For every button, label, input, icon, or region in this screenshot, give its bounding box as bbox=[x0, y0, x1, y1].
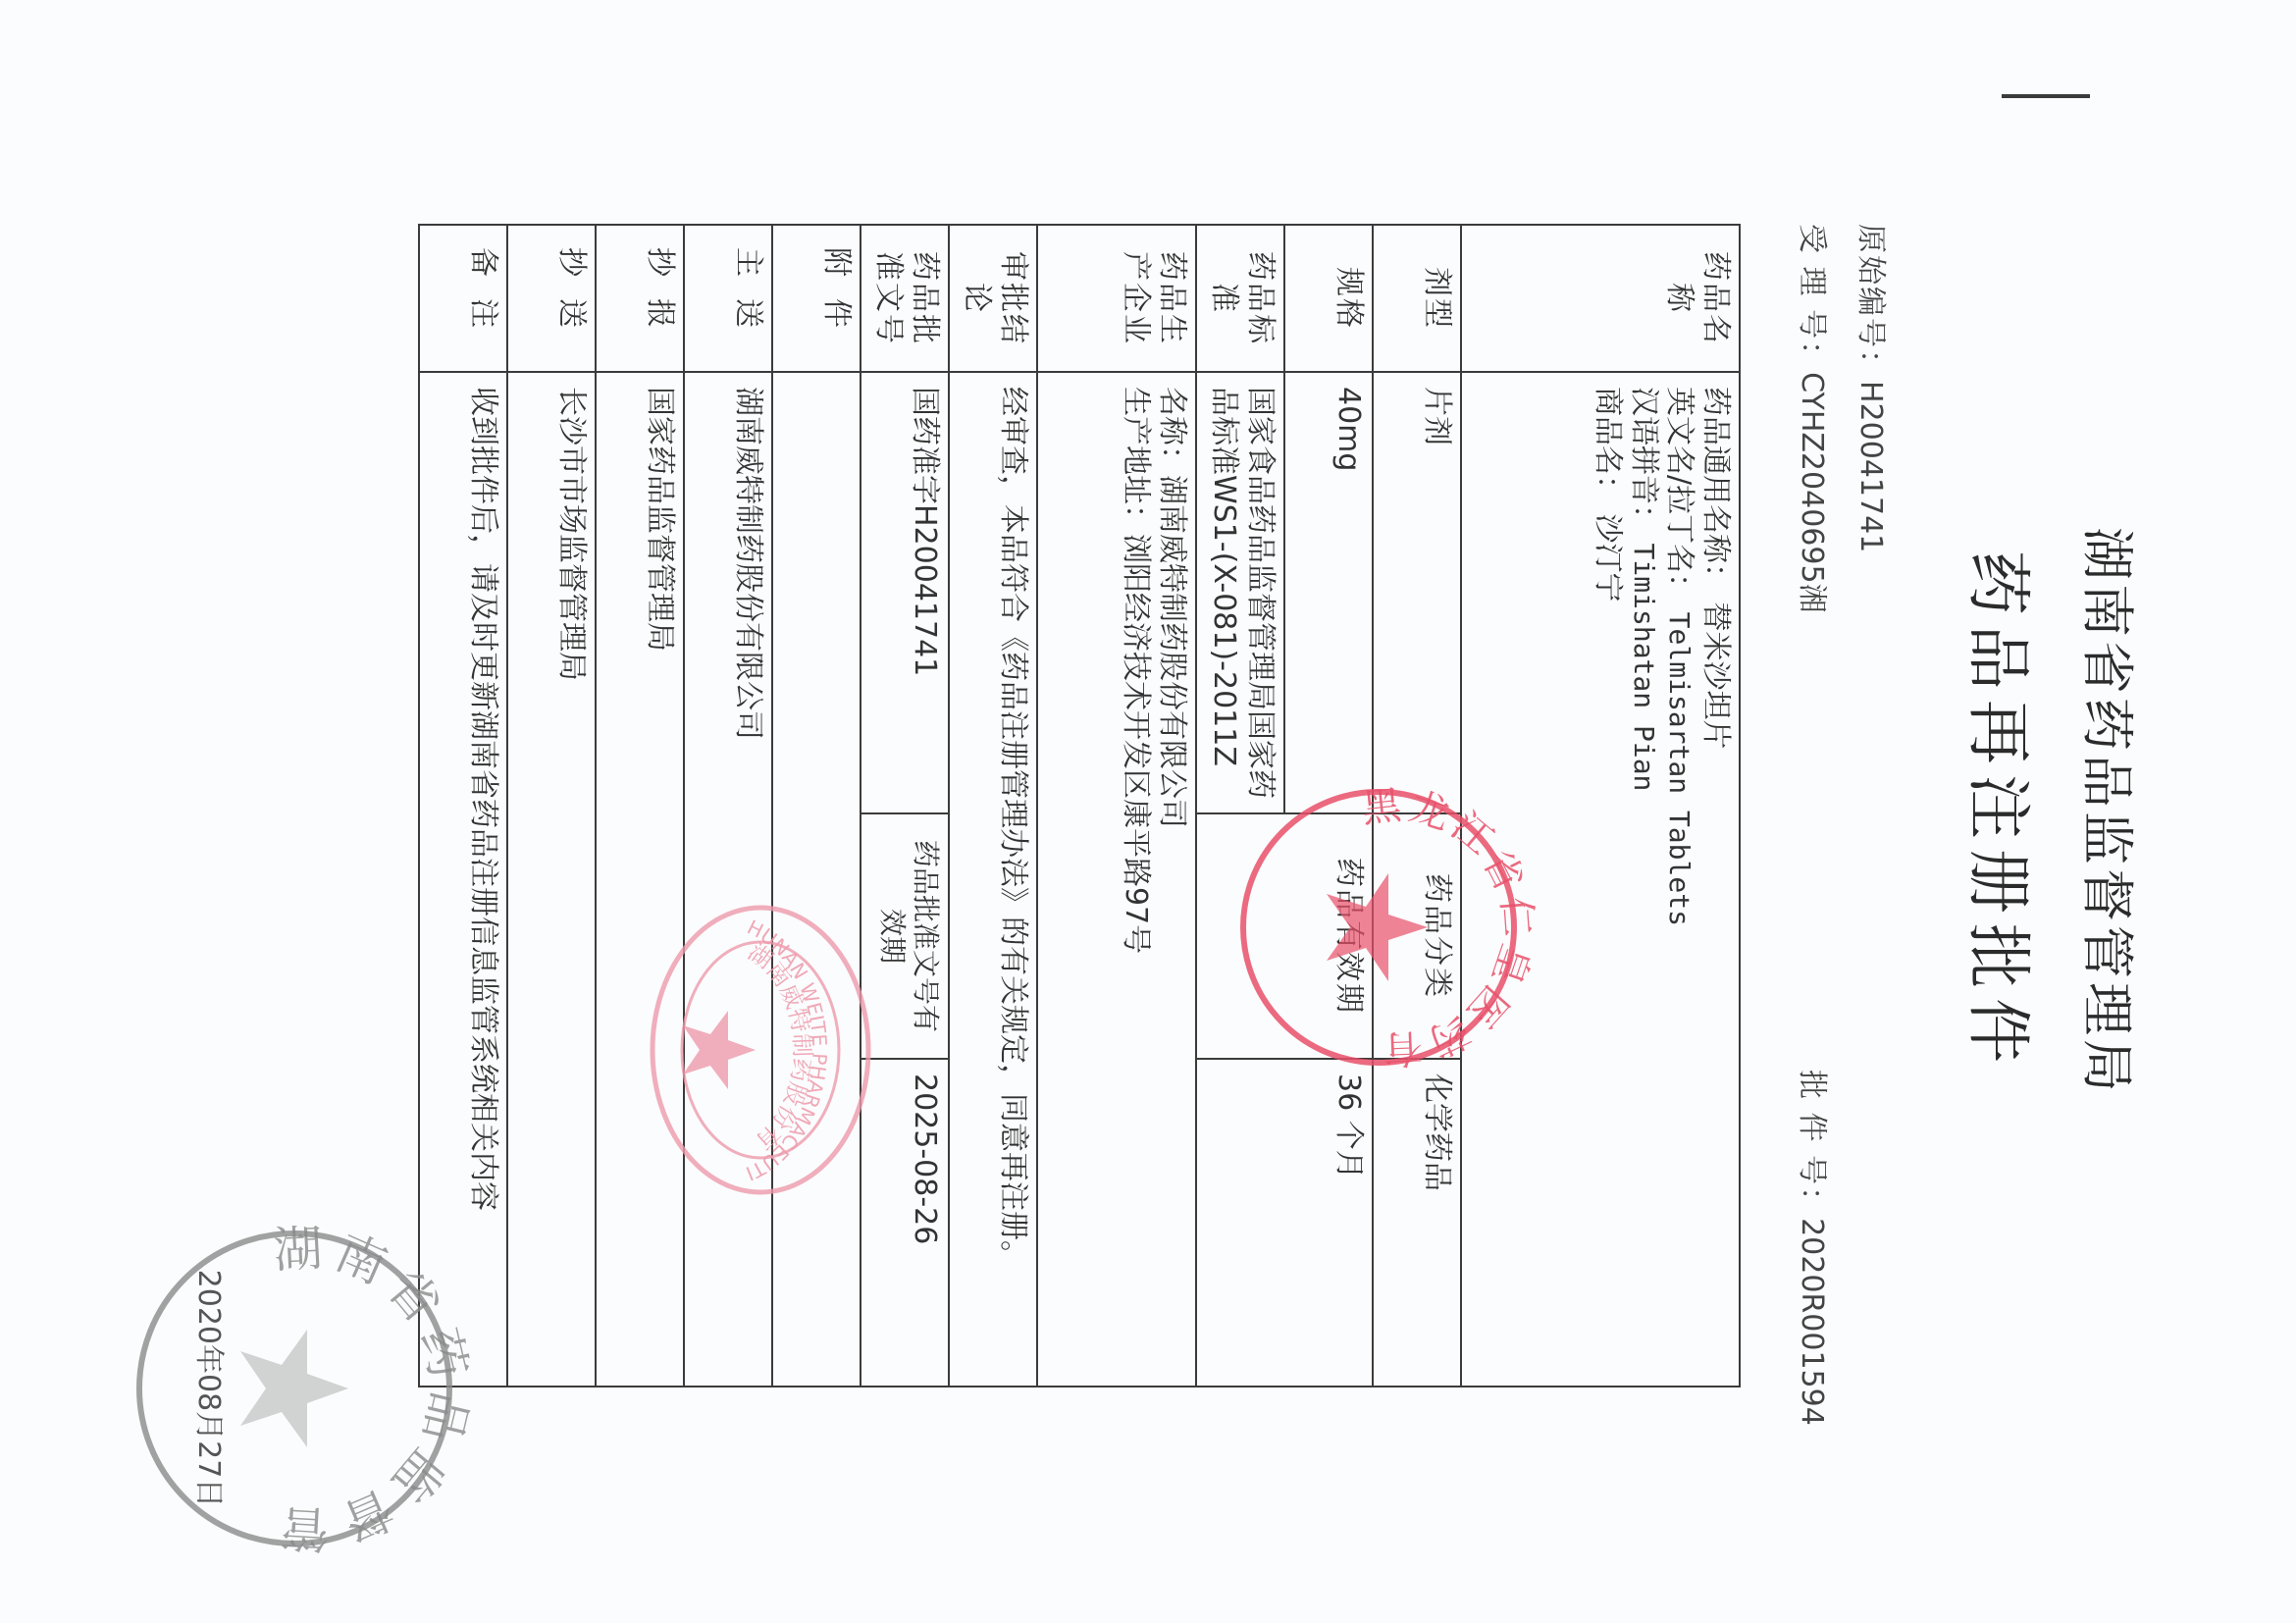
row-remarks: 备注 收到批件后，请及时更新湖南省药品注册信息监管系统相关内容 bbox=[419, 225, 507, 1387]
validity-label: 药品有效期 bbox=[1196, 813, 1373, 1059]
strength-value: 40mg bbox=[1284, 372, 1373, 813]
cc-send-value: 长沙市市场监督管理局 bbox=[507, 372, 596, 1387]
standard-value: 国家食品药品监督管理局国家药品标准WS1-(X-081)-2011Z bbox=[1196, 372, 1284, 813]
row-manufacturer: 药品生产企业 名称：湖南威特制药股份有限公司 生产地址：浏阳经济技术开发区康平路… bbox=[1037, 225, 1196, 1387]
trade-name-label: 商品名： bbox=[1591, 387, 1625, 504]
dosage-form-label: 剂型 bbox=[1373, 225, 1461, 372]
row-dosage-form: 剂型 片剂 药品分类 化学药品 bbox=[1373, 225, 1461, 1387]
pinyin-label: 汉语拼音： bbox=[1627, 387, 1661, 534]
trade-name-value: 沙汀宁 bbox=[1591, 514, 1625, 602]
original-number: 原始编号：H20041741 bbox=[1852, 224, 1896, 552]
cc-report-value: 国家药品监督管理局 bbox=[596, 372, 684, 1387]
attachment-value bbox=[772, 372, 861, 1387]
conclusion-value: 经审查，本品符合《药品注册管理办法》的有关规定，同意再注册。 bbox=[949, 372, 1037, 1387]
attachment-label: 附件 bbox=[772, 225, 861, 372]
document-title: 药品再注册批件 bbox=[1957, 0, 2051, 1623]
approval-no-label: 药品批准文号 bbox=[861, 225, 949, 372]
drug-name-label: 药品名称 bbox=[1461, 225, 1740, 372]
drug-name-cell: 药品通用名称： 替米沙坦片 英文名/拉丁名： Telmisartan Table… bbox=[1461, 372, 1740, 1387]
approval-expiry-value: 2025-08-26 bbox=[861, 1059, 949, 1387]
approval-number: 批 件 号：2020R001594 bbox=[1794, 1070, 1837, 1426]
acceptance-number-label: 受 理 号： bbox=[1795, 224, 1829, 372]
main-recipient-value: 湖南威特制药股份有限公司 bbox=[684, 372, 772, 1387]
remarks-label: 备注 bbox=[419, 225, 507, 372]
original-number-value: H20041741 bbox=[1853, 381, 1888, 552]
row-cc-send: 抄送 长沙市市场监督管理局 bbox=[507, 225, 596, 1387]
cc-send-label: 抄送 bbox=[507, 225, 596, 372]
row-attachment: 附件 bbox=[772, 225, 861, 1387]
standard-label: 药品标准 bbox=[1196, 225, 1284, 372]
main-recipient-label: 主送 bbox=[684, 225, 772, 372]
strength-label: 规格 bbox=[1284, 225, 1373, 372]
document-page: 湖南省药品监督管理局 药品再注册批件 原始编号：H20041741 受 理 号：… bbox=[0, 0, 2296, 1623]
validity-value: 36 个月 bbox=[1196, 1059, 1373, 1387]
row-conclusion: 审批结论 经审查，本品符合《药品注册管理办法》的有关规定，同意再注册。 bbox=[949, 225, 1037, 1387]
row-main-recipient: 主送 湖南威特制药股份有限公司 bbox=[684, 225, 772, 1387]
english-name-label: 英文名/拉丁名： bbox=[1662, 387, 1696, 602]
registration-form-table: 药品名称 药品通用名称： 替米沙坦片 英文名/拉丁名： Telmisartan … bbox=[418, 224, 1741, 1387]
agency-name: 湖南省药品监督管理局 bbox=[2073, 0, 2149, 1623]
row-cc-report: 抄报 国家药品监督管理局 bbox=[596, 225, 684, 1387]
star-icon bbox=[240, 1330, 348, 1447]
acceptance-number-value: CYHZ2040695湘 bbox=[1795, 372, 1829, 612]
approval-number-value: 2020R001594 bbox=[1795, 1218, 1829, 1426]
dosage-form-value: 片剂 bbox=[1373, 372, 1461, 813]
conclusion-label: 审批结论 bbox=[949, 225, 1037, 372]
cc-report-label: 抄报 bbox=[596, 225, 684, 372]
manufacturer-cell: 名称：湖南威特制药股份有限公司 生产地址：浏阳经济技术开发区康平路97号 bbox=[1037, 372, 1196, 1387]
approval-number-label: 批 件 号： bbox=[1795, 1070, 1829, 1218]
acceptance-number: 受 理 号：CYHZ2040695湘 bbox=[1794, 224, 1837, 613]
drug-class-value: 化学药品 bbox=[1373, 1059, 1461, 1387]
row-approval-number: 药品批准文号 国药准字H20041741 药品批准文号有效期 2025-08-2… bbox=[861, 225, 949, 1387]
original-number-label: 原始编号： bbox=[1853, 224, 1888, 381]
drug-class-label: 药品分类 bbox=[1373, 813, 1461, 1059]
official-seal-date: 2020年08月27日 bbox=[191, 1270, 226, 1508]
row-drug-name: 药品名称 药品通用名称： 替米沙坦片 英文名/拉丁名： Telmisartan … bbox=[1461, 225, 1740, 1387]
official-seal: 湖南省药品监督管理局 2020年08月27日 bbox=[132, 1227, 456, 1550]
approval-expiry-label: 药品批准文号有效期 bbox=[861, 813, 949, 1059]
manufacturer-address-label: 生产地址： bbox=[1119, 387, 1153, 534]
remarks-value: 收到批件后，请及时更新湖南省药品注册信息监管系统相关内容 bbox=[419, 372, 507, 1387]
row-strength: 规格 40mg 药品有效期 36 个月 bbox=[1284, 225, 1373, 1387]
english-name-value: Telmisartan Tablets bbox=[1663, 612, 1696, 926]
manufacturer-address-value: 浏阳经济技术开发区康平路97号 bbox=[1119, 534, 1153, 954]
approval-no-value: 国药准字H20041741 bbox=[861, 372, 949, 813]
manufacturer-name-value: 湖南威特制药股份有限公司 bbox=[1155, 475, 1189, 828]
manufacturer-label: 药品生产企业 bbox=[1037, 225, 1196, 372]
generic-name-label: 药品通用名称： bbox=[1698, 387, 1733, 593]
pinyin-value: Timishatan Pian bbox=[1628, 544, 1660, 792]
generic-name-value: 替米沙坦片 bbox=[1698, 602, 1733, 750]
manufacturer-name-label: 名称： bbox=[1155, 387, 1189, 475]
